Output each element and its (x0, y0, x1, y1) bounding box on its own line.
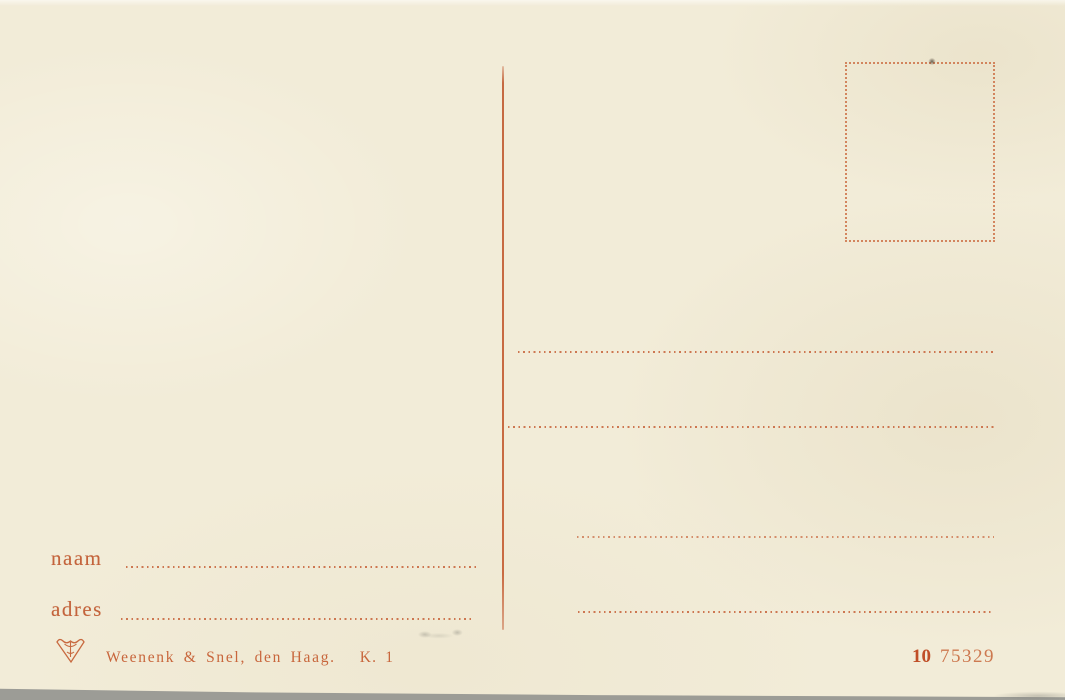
scanned-postcard-back: naam adres Weenenk & Snel, den Haag.K. 1… (0, 0, 1065, 700)
center-divider-line (502, 66, 504, 630)
address-line-1 (518, 351, 995, 353)
publisher-imprint: Weenenk & Snel, den Haag.K. 1 (106, 649, 394, 667)
address-field-label: adres (51, 597, 103, 622)
serial-number: 1075329 (912, 646, 995, 668)
address-line-2 (508, 426, 996, 428)
serial-digits: 75329 (940, 646, 995, 667)
address-line-4 (578, 611, 994, 613)
ink-speck (928, 58, 936, 65)
scan-edge-noise (975, 690, 1065, 700)
pencil-smudge (408, 628, 464, 641)
name-field-line (126, 566, 477, 568)
stamp-box (845, 62, 995, 242)
address-field-line (121, 618, 472, 620)
serial-edition: 10 (912, 646, 931, 667)
name-field-label: naam (51, 546, 102, 571)
series-code: K. 1 (360, 649, 395, 666)
address-line-3 (577, 536, 994, 538)
publisher-monogram-icon (55, 634, 86, 664)
postcard-paper: naam adres Weenenk & Snel, den Haag.K. 1… (0, 0, 1065, 700)
publisher-name: Weenenk & Snel, den Haag. (106, 649, 336, 666)
